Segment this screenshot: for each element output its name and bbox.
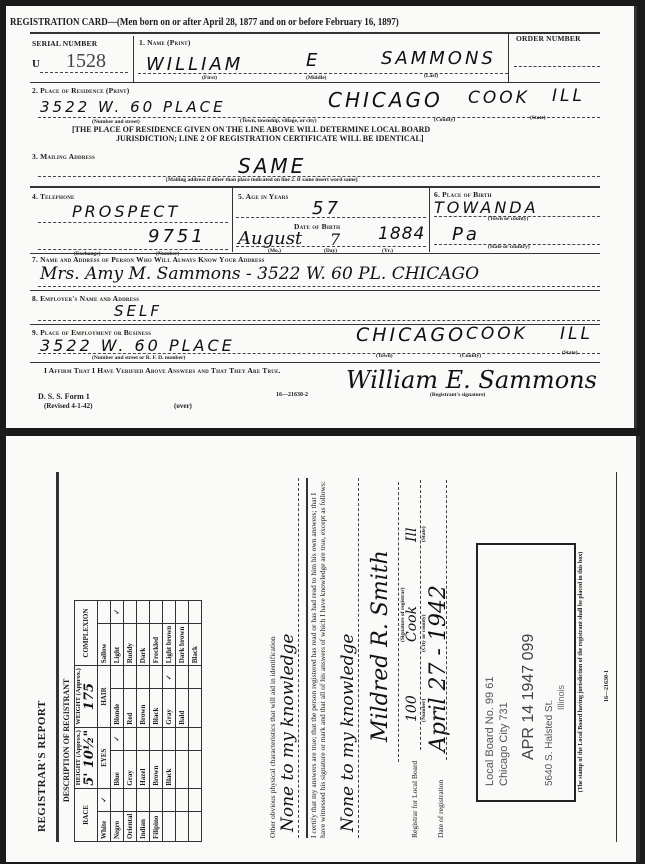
employment-state-caption: (State) [562, 350, 578, 356]
complexion-light: Light [111, 623, 124, 665]
employment-county: COOK [466, 324, 528, 344]
form-revised: (Revised 4-1-42) [44, 402, 92, 410]
residence-state: ILL [552, 86, 585, 106]
mailing-address-value: SAME [238, 154, 306, 178]
date-of-registration-label: Date of registration [436, 780, 445, 838]
residence-notice-1: [THE PLACE OF RESIDENCE GIVEN ON THE LIN… [72, 125, 430, 134]
county-caption: (County) [434, 117, 455, 123]
serial-number-label: SERIAL NUMBER [32, 39, 97, 48]
residence-label: 2. Place of Residence (Print) [32, 86, 129, 95]
mailing-caption: [Mailing address if other than place ind… [166, 177, 358, 183]
order-number-label: ORDER NUMBER [516, 34, 581, 43]
birthplace-state: Pa [452, 224, 480, 245]
hair-header: HAIR [98, 666, 111, 727]
complexion-dark: Dark [137, 623, 150, 665]
hair-gray-check: ✓ [163, 666, 176, 689]
birthplace-town: TOWANDA [434, 198, 539, 217]
complexion-freckled: Freckled [150, 623, 163, 665]
complexion-light-brown: Light brown [163, 623, 176, 665]
employment-county-caption: (County) [460, 353, 481, 359]
complexion-black: Black [189, 623, 202, 665]
first-caption: (First) [202, 75, 217, 81]
employer-value: SELF [114, 302, 162, 320]
last-caption: (Last) [424, 73, 438, 79]
over-note: (over) [174, 402, 192, 410]
hair-bald: Bald [176, 689, 189, 727]
race-white-check: ✓ [98, 788, 111, 811]
race-oriental: Oriental [124, 811, 137, 841]
employment-state: ILL [560, 324, 593, 344]
eyes-gray: Gray [124, 750, 137, 788]
eyes-header: EYES [98, 727, 111, 788]
local-board-number: 100 [404, 695, 420, 722]
race-indian: Indian [137, 811, 150, 841]
employment-town-caption: (Town) [376, 353, 393, 359]
registrant-signature: William E. Sammons [346, 366, 597, 394]
telephone-number: 9751 [148, 226, 206, 247]
height-value: 5' 10½" [82, 730, 97, 786]
state-caption: (State) [530, 115, 546, 121]
registration-card-front: REGISTRATION CARD—(Men born on or after … [6, 6, 637, 428]
stamp-line-1: Local Board No. 99 61 [484, 677, 496, 786]
middle-name: E [306, 50, 320, 71]
front-print-code: 16—21630-2 [276, 392, 308, 398]
description-subtitle: DESCRIPTION OF REGISTRANT [62, 679, 71, 802]
eyes-hazel: Hazel [137, 750, 150, 788]
certify-statement: I certify that my answers are true; that… [310, 478, 327, 838]
hair-black: Black [150, 689, 163, 727]
telephone-exchange: PROSPECT [72, 202, 180, 221]
employment-town: CHICAGO [356, 324, 466, 346]
race-white: White [98, 811, 111, 841]
weight-header: WEIGHT (Approx.)175 [75, 666, 98, 727]
other-characteristics-label: Other obvious physical characteristics t… [268, 636, 277, 838]
residence-street: 3522 W. 60 PLACE [40, 98, 226, 116]
hair-red: Red [124, 689, 137, 727]
serial-number-value: 1528 [66, 50, 106, 73]
eyes-brown: Brown [150, 750, 163, 788]
race-negro: Negro [111, 811, 124, 841]
description-grid: RACE HEIGHT (Approx.)5' 10½" WEIGHT (App… [74, 600, 202, 842]
stamp-line-4: 5640 S. Halsted St. [544, 700, 555, 786]
stamp-line-2: Chicago City 731 [498, 702, 510, 786]
dob-year: 1884 [378, 224, 425, 244]
complexion-sallow: Sallow [98, 623, 111, 665]
birth-town-caption: (Town or county) [488, 216, 528, 222]
last-name: SAMMONS [381, 48, 496, 69]
complexion-header: COMPLEXION [75, 600, 98, 665]
stamp-date: APR 14 1947 099 [520, 634, 538, 760]
local-board-state: Ill [404, 528, 420, 543]
town-caption: (Town, township, village, or city) [240, 118, 317, 124]
back-print-code: 16—21630-1 [604, 670, 610, 702]
board-state-caption: (State) [421, 526, 427, 542]
complexion-light-check: ✓ [111, 600, 124, 623]
other-characteristics-value: None to my knowledge [278, 634, 298, 832]
eyes-blue: Blue [111, 750, 124, 788]
complexion-ruddy: Ruddy [124, 623, 137, 665]
birth-state-caption: (State or country) [488, 244, 530, 250]
race-filipino: Filipino [150, 811, 163, 841]
hair-gray: Gray [163, 689, 176, 727]
registration-card-back: REGISTRAR'S REPORT DESCRIPTION OF REGIST… [6, 436, 640, 862]
signature-caption: (Registrant's signature) [430, 392, 485, 398]
hair-blonde: Blonde [111, 689, 124, 727]
height-header: HEIGHT (Approx.)5' 10½" [75, 727, 98, 788]
serial-prefix: U [32, 58, 40, 70]
contact-label: 7. Name and Address of Person Who Will A… [32, 255, 265, 264]
eyes-black: Black [163, 750, 176, 788]
mailing-address-label: 3. Mailing Address [32, 152, 95, 161]
first-name: WILLIAM [146, 54, 243, 75]
telephone-label: 4. Telephone [32, 192, 75, 201]
employment-street-caption: (Number and street or R. F. D. number) [92, 355, 185, 361]
residence-notice-2: JURISDICTION; LINE 2 OF REGISTRATION CER… [116, 134, 424, 143]
date-of-registration-value: April 27 - 1942 [426, 585, 451, 752]
age-label: 5. Age in Years [238, 192, 289, 201]
hair-brown: Brown [137, 689, 150, 727]
local-board-county: Cook [404, 606, 420, 642]
race-header: RACE [75, 788, 98, 841]
form-id: D. S. S. Form 1 [38, 392, 90, 401]
contact-value: Mrs. Amy M. Sammons - 3522 W. 60 PL. CHI… [40, 264, 479, 284]
stamp-line-5: Illinois [556, 685, 566, 710]
affirm-statement: I Affirm That I Have Verified Above Answ… [44, 366, 281, 375]
local-board-label: Registrar for Local Board [410, 761, 419, 838]
card-title: REGISTRATION CARD—(Men born on or after … [10, 16, 399, 28]
weight-value: 175 [82, 683, 97, 710]
residence-town: CHICAGO [328, 88, 443, 112]
eyes-blue-check: ✓ [111, 727, 124, 750]
stamp-caption: (The stamp of the Local Board having jur… [578, 542, 584, 802]
local-board-stamp-box: Local Board No. 99 61 Chicago City 731 A… [476, 543, 576, 802]
exceptions-value: None to my knowledge [338, 634, 358, 832]
name-label: 1. Name (Print) [139, 38, 191, 47]
age-value: 57 [312, 198, 341, 219]
registrar-signature: Mildred R. Smith [368, 550, 393, 742]
middle-caption: (Middle) [306, 75, 326, 81]
registrars-report-title: REGISTRAR'S REPORT [36, 700, 48, 832]
complexion-dark-brown: Dark brown [176, 623, 189, 665]
residence-county: COOK [468, 88, 530, 108]
